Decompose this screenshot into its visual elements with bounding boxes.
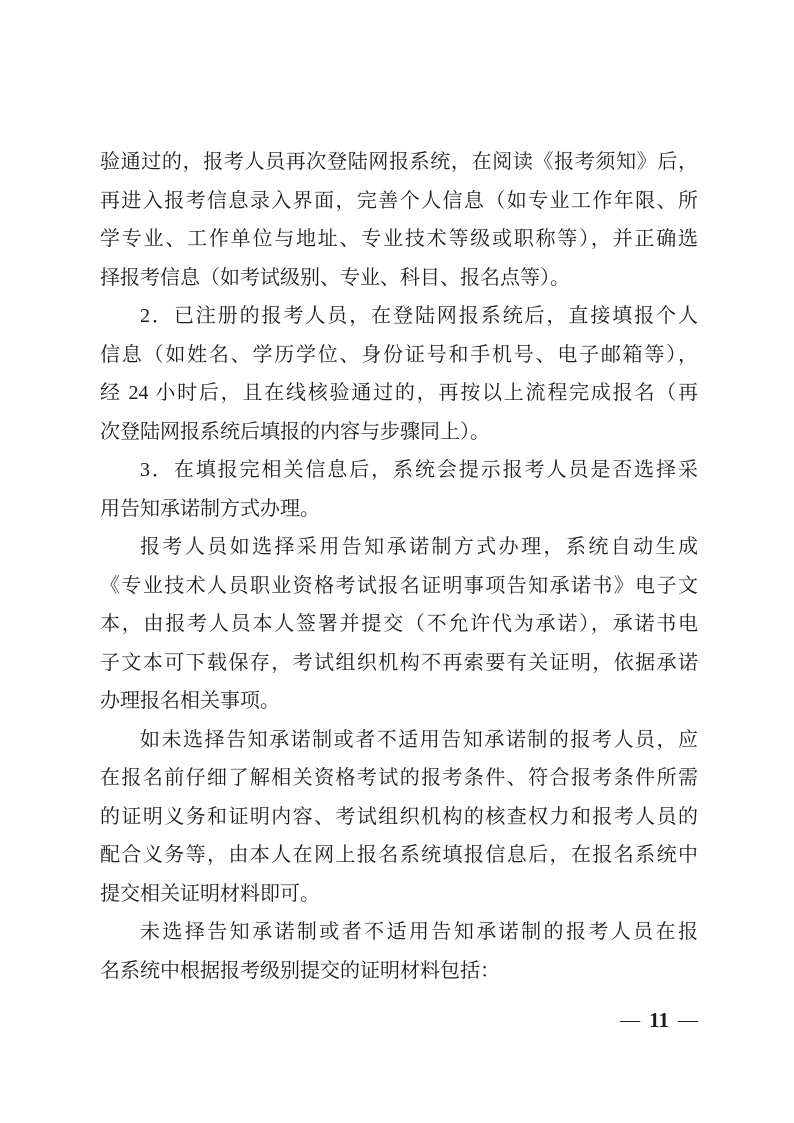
text-line: 经 24 小时后，且在线核验通过的，再按以上流程完成报名（再 xyxy=(100,374,698,413)
text-line: 用告知承诺制方式办理。 xyxy=(100,490,698,529)
text-line: 再进入报考信息录入界面，完善个人信息（如专业工作年限、所 xyxy=(100,182,698,221)
text-line: 如未选择告知承诺制或者不适用告知承诺制的报考人员，应 xyxy=(100,721,698,760)
document-body: 验通过的，报考人员再次登陆网报系统，在阅读《报考须知》后， 再进入报考信息录入界… xyxy=(100,143,698,990)
page-number-left-dash: — xyxy=(620,1005,640,1035)
text-line: 名系统中根据报考级别提交的证明材料包括： xyxy=(100,952,698,991)
page-number: — 11 — xyxy=(620,1005,698,1035)
text-line: 的证明义务和证明内容、考试组织机构的核查权力和报考人员的 xyxy=(100,798,698,837)
text-line: 办理报名相关事项。 xyxy=(100,682,698,721)
page-number-right-dash: — xyxy=(678,1005,698,1035)
text-line: 3．在填报完相关信息后，系统会提示报考人员是否选择采 xyxy=(100,451,698,490)
text-line: 次登陆网报系统后填报的内容与步骤同上）。 xyxy=(100,413,698,452)
text-line: 学专业、工作单位与地址、专业技术等级或职称等），并正确选 xyxy=(100,220,698,259)
text-line: 报考人员如选择采用告知承诺制方式办理，系统自动生成 xyxy=(100,528,698,567)
text-line: 验通过的，报考人员再次登陆网报系统，在阅读《报考须知》后， xyxy=(100,143,698,182)
text-line: 信息（如姓名、学历学位、身份证号和手机号、电子邮箱等）， xyxy=(100,336,698,375)
text-line: 未选择告知承诺制或者不适用告知承诺制的报考人员在报 xyxy=(100,913,698,952)
page-number-value: 11 xyxy=(649,1005,669,1035)
text-line: 择报考信息（如考试级别、专业、科目、报名点等）。 xyxy=(100,259,698,298)
text-line: 2．已注册的报考人员，在登陆网报系统后，直接填报个人 xyxy=(100,297,698,336)
text-line: 在报名前仔细了解相关资格考试的报考条件、符合报考条件所需 xyxy=(100,759,698,798)
text-line: 提交相关证明材料即可。 xyxy=(100,875,698,914)
text-line: 配合义务等，由本人在网上报名系统填报信息后，在报名系统中 xyxy=(100,836,698,875)
text-line: 《专业技术人员职业资格考试报名证明事项告知承诺书》电子文 xyxy=(100,567,698,606)
text-line: 子文本可下载保存，考试组织机构不再索要有关证明，依据承诺 xyxy=(100,644,698,683)
document-page: 验通过的，报考人员再次登陆网报系统，在阅读《报考须知》后， 再进入报考信息录入界… xyxy=(0,0,794,1123)
text-line: 本，由报考人员本人签署并提交（不允许代为承诺），承诺书电 xyxy=(100,605,698,644)
